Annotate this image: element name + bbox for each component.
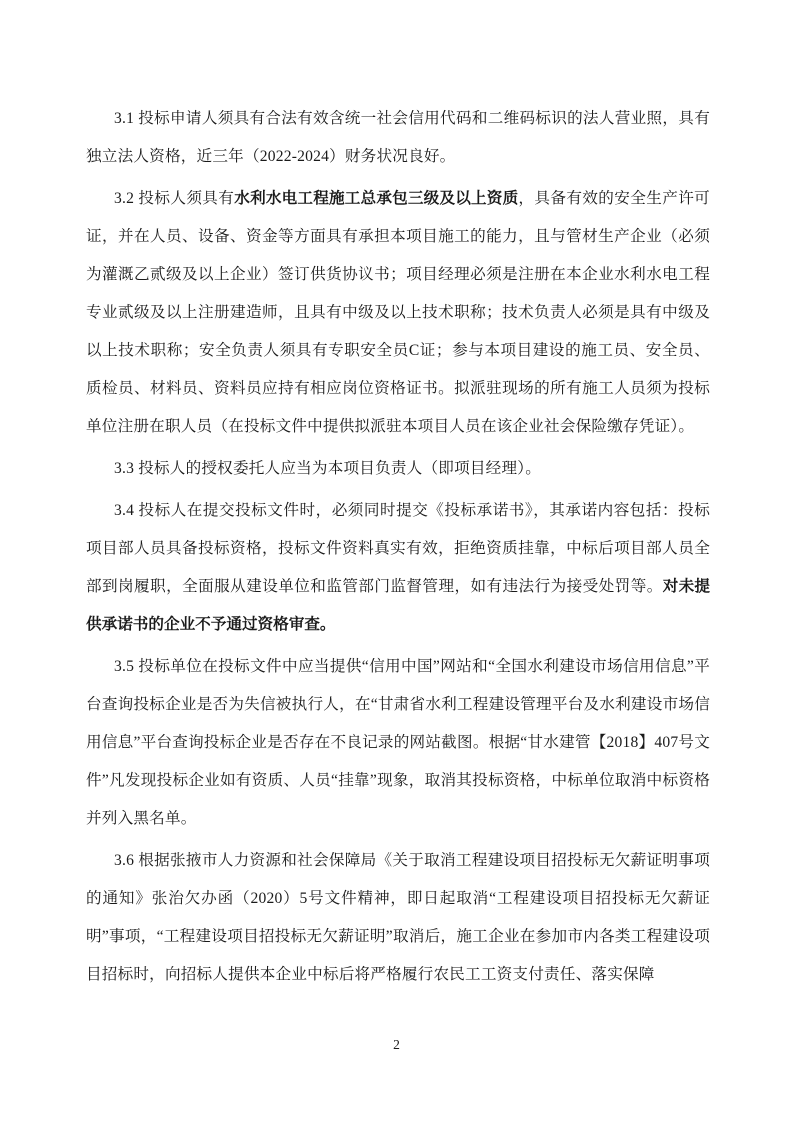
clause-3-4-paragraph: 3.4 投标人在提交投标文件时，必须同时提交《投标承诺书》，其承诺内容包括：投标… — [86, 492, 710, 644]
clause-3-5-text: 3.5 投标单位在投标文件中应当提供“信用中国”网站和“全国水利建设市场信用信息… — [86, 658, 710, 827]
page-number: 2 — [0, 1037, 793, 1053]
clause-3-1-paragraph: 3.1 投标申请人须具有合法有效含统一社会信用代码和二维码标识的法人营业照，具有… — [86, 100, 710, 176]
clause-3-3-paragraph: 3.3 投标人的授权委托人应当为本项目负责人（即项目经理）。 — [86, 450, 710, 488]
clause-3-2-paragraph: 3.2 投标人须具有水利水电工程施工总承包三级及以上资质，具备有效的安全生产许可… — [86, 180, 710, 446]
clause-3-3-text: 3.3 投标人的授权委托人应当为本项目负责人（即项目经理）。 — [114, 460, 541, 477]
clause-3-6-text: 3.6 根据张掖市人力资源和社会保障局《关于取消工程建设项目招投标无欠薪证明事项… — [86, 852, 710, 983]
clause-3-4-text-lead: 3.4 投标人在提交投标文件时，必须同时提交《投标承诺书》，其承诺内容包括：投标… — [86, 502, 710, 595]
document-body: 3.1 投标申请人须具有合法有效含统一社会信用代码和二维码标识的法人营业照，具有… — [86, 100, 710, 998]
clause-3-2-qualification-emphasis: 水利水电工程施工总承包三级及以上资质 — [234, 190, 518, 207]
clause-3-1-text: 3.1 投标申请人须具有合法有效含统一社会信用代码和二维码标识的法人营业照，具有… — [86, 110, 710, 165]
clause-3-6-paragraph: 3.6 根据张掖市人力资源和社会保障局《关于取消工程建设项目招投标无欠薪证明事项… — [86, 842, 710, 994]
clause-3-2-text-rest: ，具备有效的安全生产许可证，并在人员、设备、资金等方面具有承担本项目施工的能力，… — [86, 190, 710, 435]
clause-3-2-text-lead: 3.2 投标人须具有 — [114, 190, 234, 207]
clause-3-5-paragraph: 3.5 投标单位在投标文件中应当提供“信用中国”网站和“全国水利建设市场信用信息… — [86, 648, 710, 838]
